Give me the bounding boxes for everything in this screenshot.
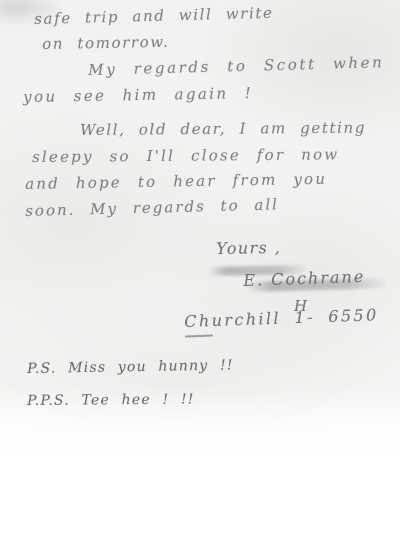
letter-line: sleepy so I'll close for now bbox=[32, 145, 339, 166]
phone-underline bbox=[185, 335, 213, 338]
closing-line: Yours , bbox=[216, 238, 281, 258]
letter-line: safe trip and will write bbox=[34, 4, 274, 28]
letter-line: Well, old dear, I am getting bbox=[80, 119, 366, 139]
phone-line: Churchill 1- 6550 bbox=[184, 305, 379, 331]
letter-line: and hope to hear from you bbox=[25, 170, 327, 193]
ps-line: P.S. Miss you hunny !! bbox=[27, 357, 234, 377]
letter-line: soon. My regards to all bbox=[25, 195, 279, 220]
letter-line: My regards to Scott when bbox=[88, 53, 385, 79]
letter-line: you see him again ! bbox=[23, 84, 253, 106]
letter-page: safe trip and will write on tomorrow. My… bbox=[0, 0, 400, 536]
letter-line: on tomorrow. bbox=[42, 33, 169, 53]
pps-line: P.P.S. Tee hee ! !! bbox=[27, 392, 195, 409]
